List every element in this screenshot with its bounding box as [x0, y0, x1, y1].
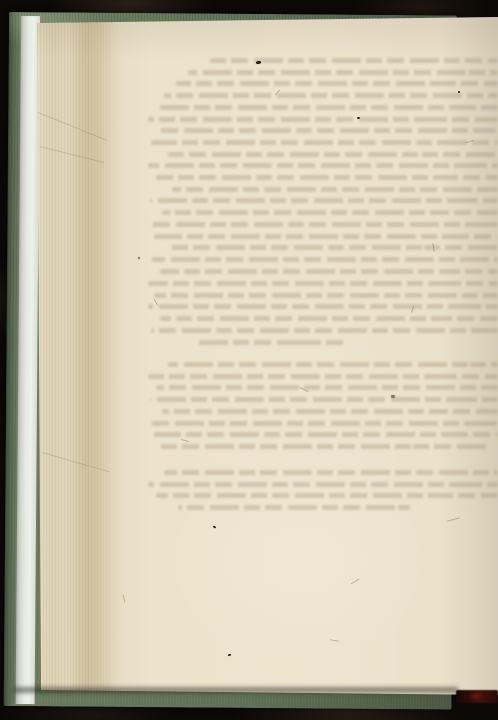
book-photograph — [0, 0, 498, 720]
ghost-text-line — [168, 362, 498, 367]
ghost-text-line — [154, 234, 498, 239]
ghost-text-line — [158, 444, 488, 449]
ghost-text-line — [148, 222, 498, 227]
ghost-text-line — [166, 152, 498, 157]
ghost-text-line — [176, 81, 498, 86]
ghost-text-line — [156, 175, 498, 180]
ghost-text-line — [154, 293, 498, 298]
ghost-text-line — [154, 105, 498, 110]
ghost-text-line — [162, 210, 498, 215]
ghost-text-line — [150, 198, 498, 203]
ghost-text-line — [164, 93, 498, 98]
ghost-text-line — [148, 163, 498, 168]
ghost-text-line — [152, 257, 498, 262]
dirt-speck — [458, 91, 460, 93]
ghost-text-line — [162, 409, 498, 414]
ghost-text-line — [148, 117, 498, 122]
ghost-text-line — [148, 374, 498, 379]
maroon-surface-patch — [456, 690, 498, 703]
ghost-text-line — [172, 187, 498, 192]
ghost-text-line — [158, 128, 498, 133]
dirt-speck — [138, 257, 140, 259]
dirt-speck — [391, 395, 395, 398]
ghost-text-line — [150, 397, 498, 402]
ghost-text-line — [178, 505, 410, 510]
ghost-text-line — [210, 58, 498, 63]
ghost-text-line — [148, 304, 498, 309]
ghost-text-line — [188, 70, 498, 75]
ghost-text-line — [160, 269, 498, 274]
ghost-text-line — [168, 245, 498, 250]
ghost-text-line — [154, 432, 498, 437]
ghost-text-line — [164, 470, 498, 475]
ghost-text-line — [148, 421, 498, 426]
dirt-speck — [357, 117, 360, 119]
blank-book-page — [0, 0, 498, 720]
ghost-text-line — [156, 385, 498, 390]
ghost-text-line — [160, 316, 498, 321]
ghost-text-line — [151, 328, 498, 333]
ghost-text-line — [148, 281, 498, 286]
ghost-text-line — [197, 340, 347, 345]
page-bottom-shadow — [14, 687, 458, 693]
ghost-text-line — [151, 140, 498, 145]
ghost-text — [0, 0, 498, 720]
ghost-text-line — [156, 493, 498, 498]
ghost-text-line — [148, 482, 498, 487]
